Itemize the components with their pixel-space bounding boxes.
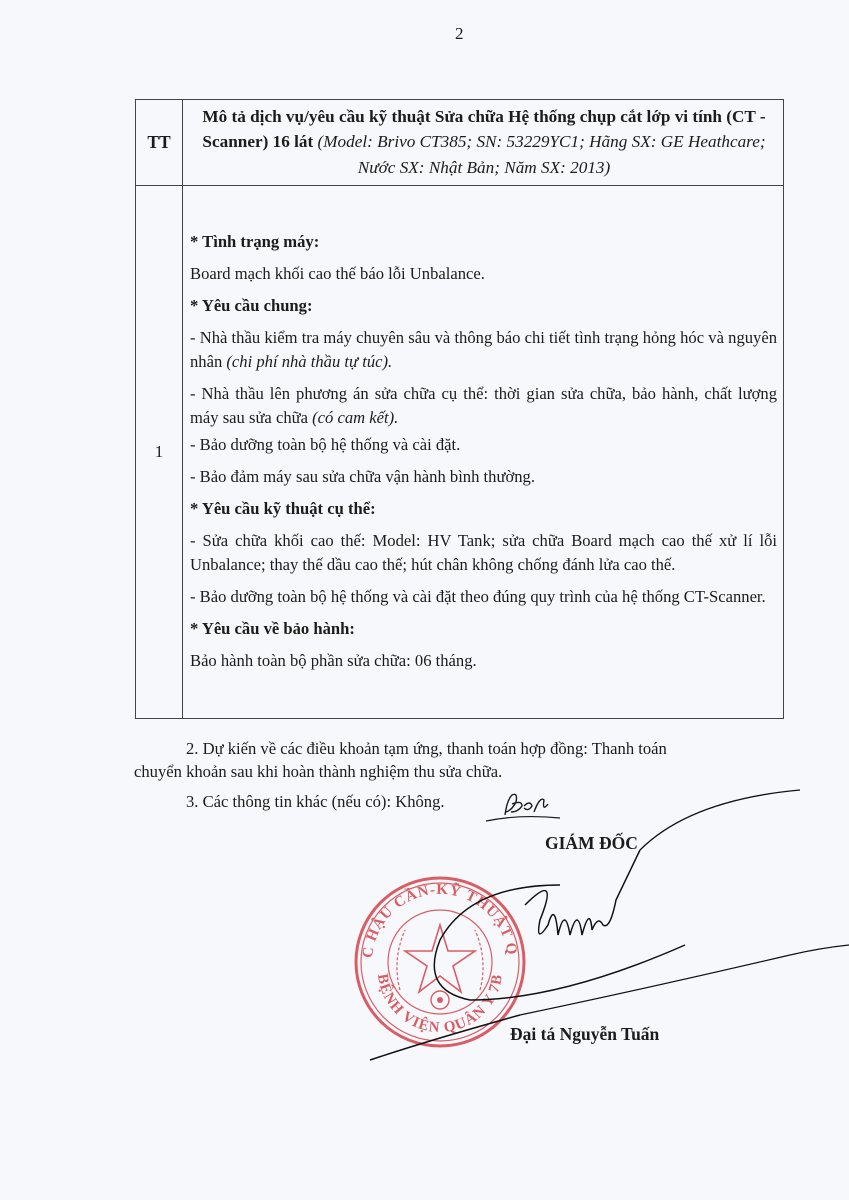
- general-requirement-item: - Bảo đảm máy sau sửa chữa vận hành bình…: [190, 465, 777, 489]
- technical-requirement-item: - Bảo dưỡng toàn bộ hệ thống và cài đặt …: [190, 585, 777, 609]
- general-item1-italic: (chi phí nhà thầu tự túc).: [226, 352, 392, 371]
- other-info-line: 3. Các thông tin khác (nếu có): Không.: [186, 792, 445, 812]
- page-number: 2: [455, 24, 464, 44]
- column-header-tt: TT: [136, 100, 183, 186]
- table-row: 1 * Tình trạng máy: Board mạch khối cao …: [136, 186, 784, 719]
- director-signature-icon: [370, 790, 849, 1060]
- row-number-cell: 1: [136, 186, 183, 719]
- technical-requirements-heading: * Yêu cầu kỹ thuật cụ thể:: [190, 497, 777, 521]
- initials-signature-icon: [486, 794, 560, 821]
- general-requirement-item: - Nhà thầu kiểm tra máy chuyên sâu và th…: [190, 326, 777, 374]
- warranty-text: Bảo hành toàn bộ phần sửa chữa: 06 tháng…: [190, 649, 777, 673]
- general-item2-text: - Nhà thầu lên phương án sửa chữa cụ thể…: [190, 384, 777, 427]
- payment-terms-line-2: chuyển khoản sau khi hoàn thành nghiệm t…: [134, 762, 502, 782]
- signatory-name: Đại tá Nguyễn Tuấn: [510, 1024, 659, 1045]
- signatory-title: GIÁM ĐỐC: [545, 833, 638, 854]
- payment-terms-line-1: 2. Dự kiến về các điều khoản tạm ứng, th…: [186, 739, 667, 759]
- service-spec-table: TT Mô tả dịch vụ/yêu cầu kỹ thuật Sửa ch…: [135, 99, 784, 719]
- warranty-heading: * Yêu cầu về bảo hành:: [190, 617, 777, 641]
- column-header-description: Mô tả dịch vụ/yêu cầu kỹ thuật Sửa chữa …: [183, 100, 784, 186]
- general-requirements-heading: * Yêu cầu chung:: [190, 294, 777, 318]
- table-header-row: TT Mô tả dịch vụ/yêu cầu kỹ thuật Sửa ch…: [136, 100, 784, 186]
- general-requirement-item: - Bảo dưỡng toàn bộ hệ thống và cài đặt.: [190, 433, 777, 457]
- machine-status-heading: * Tình trạng máy:: [190, 230, 777, 254]
- machine-status-text: Board mạch khối cao thế báo lỗi Unbalanc…: [190, 262, 777, 286]
- technical-requirement-item: - Sửa chữa khối cao thế: Model: HV Tank;…: [190, 529, 777, 577]
- general-item2-italic: (có cam kết).: [312, 408, 398, 427]
- row-description-cell: * Tình trạng máy: Board mạch khối cao th…: [183, 186, 784, 719]
- general-requirement-item: - Nhà thầu lên phương án sửa chữa cụ thể…: [190, 382, 777, 430]
- svg-text:BỆNH VIỆN QUÂN Y 7B: BỆNH VIỆN QUÂN Y 7B: [374, 973, 506, 1037]
- description-header-italic: (Model: Brivo CT385; SN: 53229YC1; Hãng …: [317, 132, 765, 176]
